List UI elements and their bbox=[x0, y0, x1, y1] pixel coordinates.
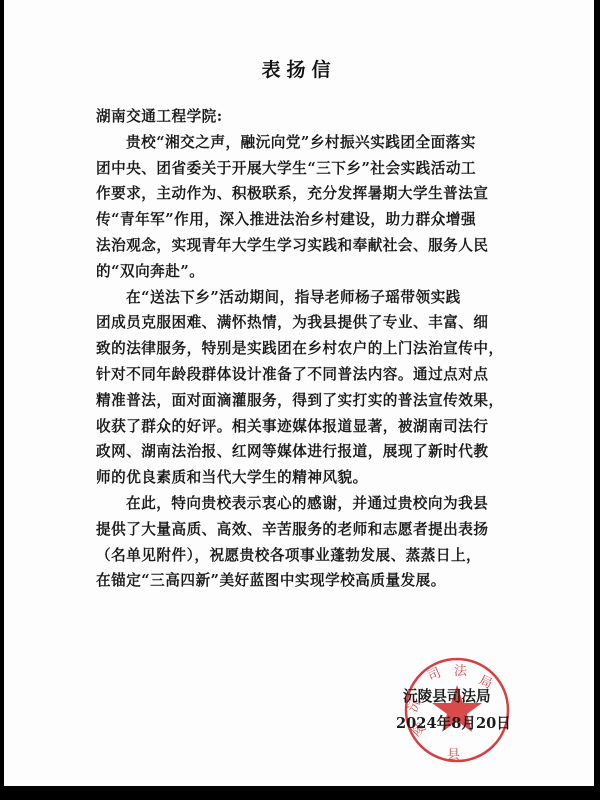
body-line: 在锚定“三高四新”美好蓝图中实现学校高质量发展。 bbox=[96, 568, 516, 594]
body-line: 贵校“湘交之声，融沅向党”乡村振兴实践团全面落实 bbox=[96, 130, 516, 156]
body-line: 致的法律服务，特别是实践团在乡村农户的上门法治宣传中， bbox=[96, 336, 516, 362]
svg-text:法: 法 bbox=[454, 663, 468, 679]
body-line: 作要求，主动作为、积极联系，充分发挥暑期大学生普法宣 bbox=[96, 181, 516, 207]
body-line: 法治观念，实现青年大学生学习实践和奉献社会、服务人民 bbox=[96, 233, 516, 259]
body-line: 师的优良素质和当代大学生的精神风貌。 bbox=[96, 465, 516, 491]
body-line: 在“送法下乡”活动期间，指导老师杨子瑶带领实践 bbox=[96, 285, 516, 311]
body-line: 团成员克服困难、满怀热情，为我县提供了专业、丰富、细 bbox=[96, 310, 516, 336]
signature-organization: 沅陵县司法局 bbox=[396, 683, 526, 710]
body-line: 政网、湖南法治报、红网等媒体进行报道，展现了新时代教 bbox=[96, 439, 516, 465]
body-line: 的“双向奔赴”。 bbox=[96, 259, 516, 285]
body-line: 团中央、团省委关于开展大学生“三下乡”社会实践活动工 bbox=[96, 156, 516, 182]
body-line: 提供了大量高质、高效、辛苦服务的老师和志愿者提出表扬 bbox=[96, 517, 516, 543]
body-line: （名单见附件），祝愿贵校各项事业蓬勃发展、蒸蒸日上， bbox=[96, 543, 516, 569]
body-line: 传“青年军”作用，深入推进法治乡村建设，助力群众增强 bbox=[96, 207, 516, 233]
salutation: 湖南交通工程学院: bbox=[96, 104, 516, 130]
svg-text:县: 县 bbox=[447, 748, 460, 763]
body-line: 针对不同年龄段群体设计准备了不同普法内容。通过点对点 bbox=[96, 362, 516, 388]
signature-block: 沅陵县司法局 2024年8月20日 bbox=[396, 683, 526, 737]
body-line: 精准普法，面对面滴灌服务，得到了实打实的普法宣传效果， bbox=[96, 388, 516, 414]
body-line: 在此，特向贵校表示衷心的感谢，并通过贵校向为我县 bbox=[96, 491, 516, 517]
letter-body: 湖南交通工程学院: 贵校“湘交之声，融沅向党”乡村振兴实践团全面落实团中央、团省… bbox=[96, 104, 516, 594]
body-line: 收获了群众的好评。相关事迹媒体报道显著，被湖南司法行 bbox=[96, 414, 516, 440]
signature-date: 2024年8月20日 bbox=[396, 710, 526, 737]
page-title: 表扬信 bbox=[4, 55, 594, 82]
letter-page: 表扬信 湖南交通工程学院: 贵校“湘交之声，融沅向党”乡村振兴实践团全面落实团中… bbox=[4, 0, 594, 786]
